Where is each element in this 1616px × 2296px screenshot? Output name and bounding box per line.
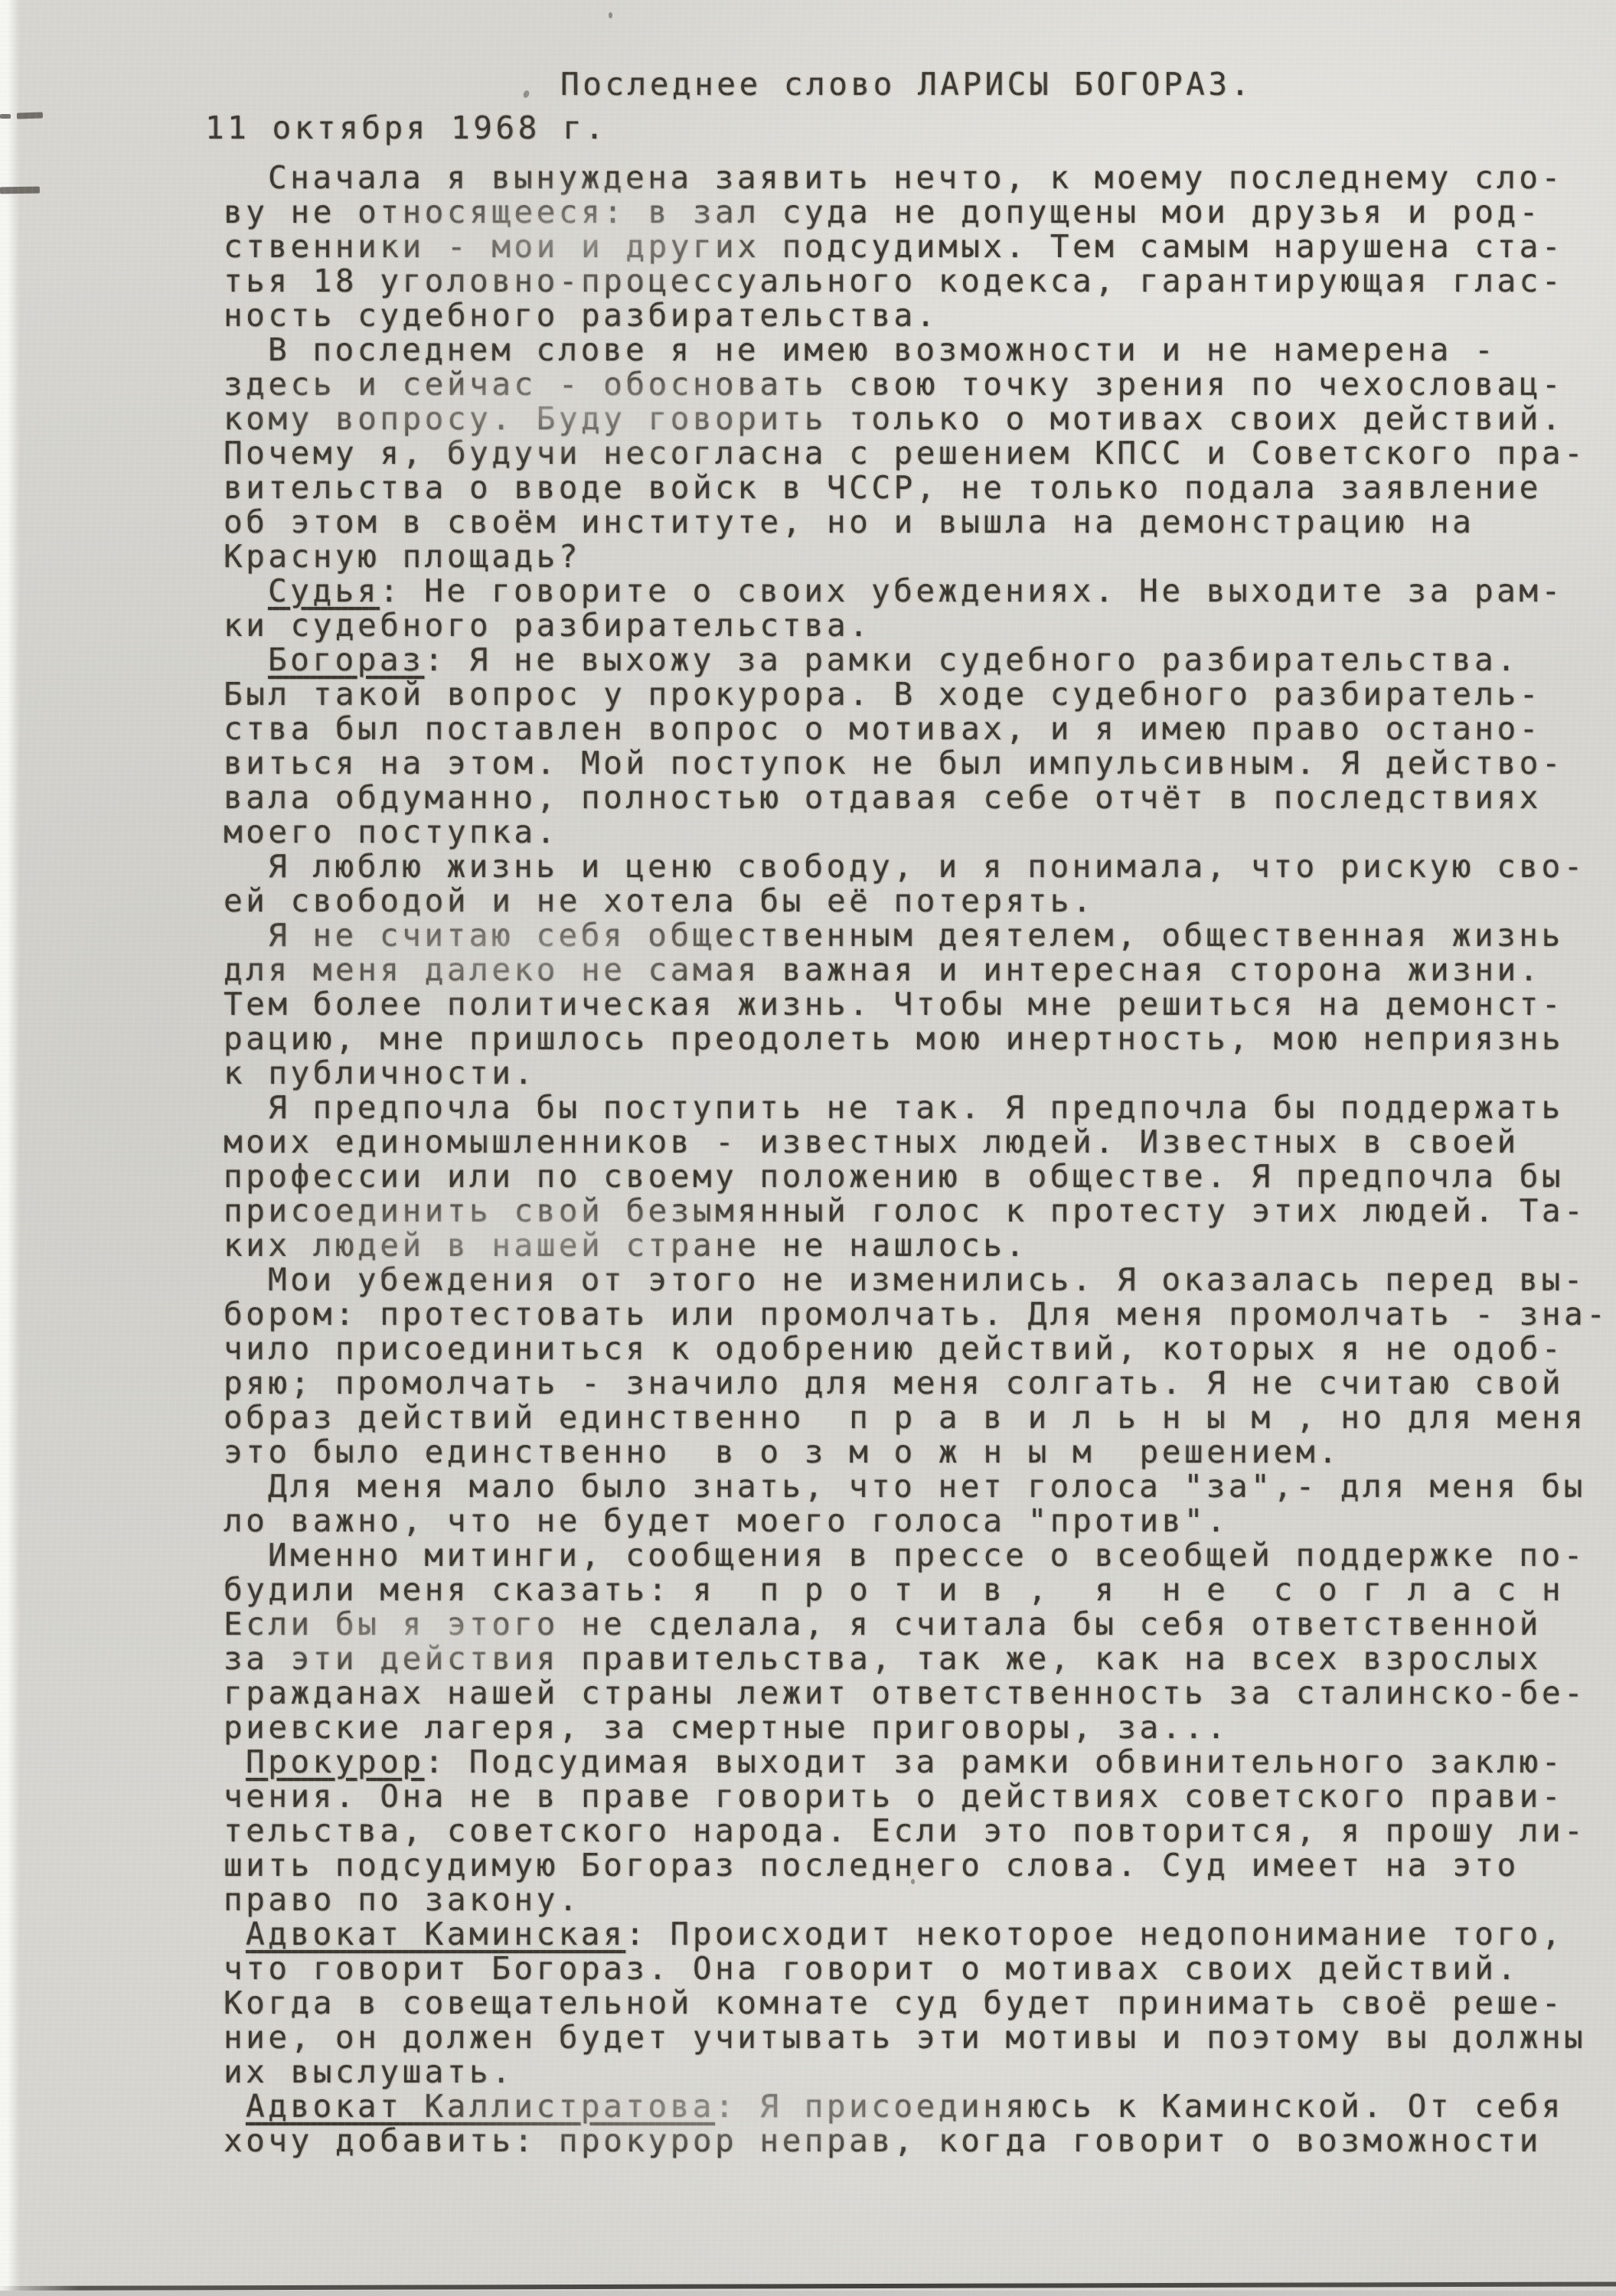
text-line: ких людей в нашей стране не нашлось.: [224, 1228, 1616, 1263]
text-line: ственники - мои и других подсудимых. Тем…: [224, 230, 1616, 264]
text-line: вала обдуманно, полностью отдавая себе о…: [224, 781, 1616, 815]
text-line: за эти действия правительства, так же, к…: [224, 1642, 1616, 1676]
text-line: чения. Она не в праве говорить о действи…: [224, 1779, 1616, 1814]
text-line: Богораз: Я не выхожу за рамки судебного …: [224, 643, 1616, 677]
text-line: ряю; промолчать - значило для меня солга…: [224, 1366, 1616, 1401]
text-line: Адвокат Каллистратова: Я присоединяюсь к…: [224, 2089, 1616, 2124]
document-text: Последнее слово ЛАРИСЫ БОГОРАЗ. 11 октяб…: [224, 0, 1616, 2158]
text-line: образ действий единственно п р а в и л ь…: [224, 1401, 1616, 1435]
text-line: здесь и сейчас - обосновать свою точку з…: [224, 367, 1616, 402]
text-line: к публичности.: [224, 1056, 1616, 1091]
ink-speck: [911, 1879, 915, 1884]
text-line: рацию, мне пришлось преодолеть мою инерт…: [224, 1022, 1616, 1056]
speaker-name: Богораз: [268, 641, 424, 678]
text-line: кому вопросу. Буду говорить только о мот…: [224, 402, 1616, 436]
text-line: Адвокат Каминская: Происходит некоторое …: [224, 1917, 1616, 1952]
text-line: шить подсудимую Богораз последнего слова…: [224, 1848, 1616, 1883]
text-line: Я люблю жизнь и ценю свободу, и я понима…: [224, 850, 1616, 884]
paper-bottom-edge-line: [0, 2281, 1616, 2291]
text-line: Я не считаю себя общественным деятелем, …: [224, 918, 1616, 953]
text-line: моего поступка.: [224, 815, 1616, 850]
margin-mark: [17, 112, 43, 119]
text-line: тельства, советского народа. Если это по…: [224, 1814, 1616, 1848]
speaker-name: Адвокат Каллистратова: [246, 2088, 715, 2125]
document-page: Последнее слово ЛАРИСЫ БОГОРАЗ. 11 октяб…: [0, 0, 1616, 2296]
text-line: об этом в своём институте, но и вышла на…: [224, 505, 1616, 540]
text-line: ей свободой и не хотела бы её потерять.: [224, 884, 1616, 918]
document-date: 11 октября 1968 г.: [205, 111, 1616, 145]
ink-speck: [609, 12, 612, 18]
text-line: Красную площадь?: [224, 540, 1616, 574]
text-line: право по закону.: [224, 1883, 1616, 1917]
text-line: гражданах нашей страны лежит ответственн…: [224, 1676, 1616, 1711]
text-line: Сначала я вынуждена заявить нечто, к мое…: [224, 161, 1616, 195]
text-line: что говорит Богораз. Она говорит о мотив…: [224, 1952, 1616, 1986]
paper-bottom-strip: [0, 2291, 1616, 2296]
text-line: ки судебного разбирательства.: [224, 608, 1616, 643]
text-line: для меня далеко не самая важная и интере…: [224, 953, 1616, 987]
text-line: профессии или по своему положению в обще…: [224, 1159, 1616, 1194]
margin-mark: [0, 187, 40, 194]
text-line: В последнем слове я не имею возможности …: [224, 333, 1616, 367]
text-line: ность судебного разбирательства.: [224, 298, 1616, 333]
text-line: Судья: Не говорите о своих убеждениях. Н…: [224, 574, 1616, 608]
speaker-name: Прокурор: [246, 1743, 424, 1780]
text-line: это было единственно в о з м о ж н ы м р…: [224, 1435, 1616, 1469]
speaker-name: Адвокат Каминская: [246, 1916, 625, 1952]
text-line: вительства о вводе войск в ЧССР, не толь…: [224, 471, 1616, 505]
text-line: чило присоединиться к одобрению действий…: [224, 1332, 1616, 1366]
text-line: Если бы я этого не сделала, я считала бы…: [224, 1607, 1616, 1642]
speaker-name: Судья: [268, 572, 380, 609]
text-line: Когда в совещательной комнате суд будет …: [224, 1986, 1616, 2020]
text-line: Мои убеждения от этого не изменились. Я …: [224, 1263, 1616, 1297]
text-line: ло важно, что не будет моего голоса "про…: [224, 1504, 1616, 1538]
paper-edge-left: [0, 0, 20, 2296]
text-line: тья 18 уголовно-процессуального кодекса,…: [224, 264, 1616, 298]
text-line: ву не относящееся: в зал суда не допущен…: [224, 195, 1616, 230]
text-line: Прокурор: Подсудимая выходит за рамки об…: [224, 1745, 1616, 1779]
text-line: моих единомышленников - известных людей.…: [224, 1125, 1616, 1159]
text-line: Именно митинги, сообщения в прессе о все…: [224, 1538, 1616, 1573]
text-line: будили меня сказать: я п р о т и в , я н…: [224, 1573, 1616, 1607]
text-line: Почему я, будучи несогласна с решением К…: [224, 436, 1616, 471]
text-line: хочу добавить: прокурор неправ, когда го…: [224, 2124, 1616, 2158]
document-body: Сначала я вынуждена заявить нечто, к мое…: [224, 161, 1616, 2158]
text-line: Я предпочла бы поступить не так. Я предп…: [224, 1091, 1616, 1125]
text-line: Был такой вопрос у прокурора. В ходе суд…: [224, 677, 1616, 712]
text-line: ние, он должен будет учитывать эти мотив…: [224, 2020, 1616, 2055]
text-line: Тем более политическая жизнь. Чтобы мне …: [224, 987, 1616, 1022]
text-line: Для меня мало было знать, что нет голоса…: [224, 1469, 1616, 1504]
text-line: ства был поставлен вопрос о мотивах, и я…: [224, 712, 1616, 746]
margin-mark: [0, 114, 11, 119]
text-line: их выслушать.: [224, 2055, 1616, 2089]
text-line: бором: протестовать или промолчать. Для …: [224, 1297, 1616, 1332]
document-title: Последнее слово ЛАРИСЫ БОГОРАЗ.: [224, 67, 1616, 102]
text-line: виться на этом. Мой поступок не был импу…: [224, 746, 1616, 781]
text-line: присоединить свой безымянный голос к про…: [224, 1194, 1616, 1228]
text-line: риевские лагеря, за смертные приговоры, …: [224, 1711, 1616, 1745]
